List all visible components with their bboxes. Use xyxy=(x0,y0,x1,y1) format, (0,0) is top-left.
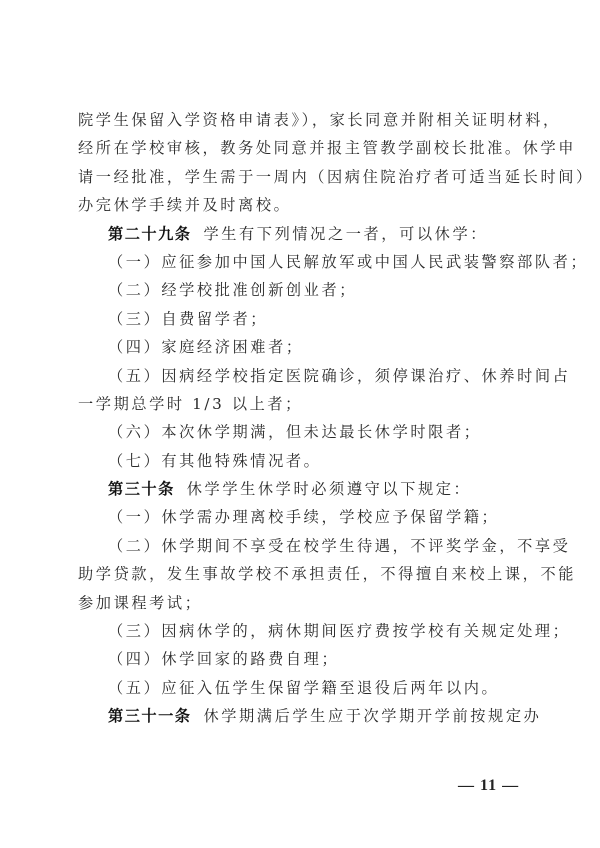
list-item: （二）经学校批准创新创业者； xyxy=(78,276,524,304)
article-31: 第三十一条休学期满后学生应于次学期开学前按规定办 xyxy=(78,702,524,730)
article-heading: 第二十九条 xyxy=(108,225,191,243)
article-heading: 第三十一条 xyxy=(108,707,191,725)
article-text: 学生有下列情况之一者，可以休学： xyxy=(203,225,488,243)
article-29: 第二十九条学生有下列情况之一者，可以休学： xyxy=(78,220,524,248)
list-item-continuation: 助学贷款，发生事故学校不承担责任，不得擅自来校上课，不能 xyxy=(78,560,524,588)
article-heading: 第三十条 xyxy=(108,480,175,498)
list-item: （三）因病休学的，病休期间医疗费按学校有关规定处理； xyxy=(78,617,524,645)
list-item: （三）自费留学者； xyxy=(78,305,524,333)
article-text: 休学学生休学时必须遵守以下规定： xyxy=(187,480,472,498)
list-item: （四）家庭经济困难者； xyxy=(78,333,524,361)
article-30: 第三十条休学学生休学时必须遵守以下规定： xyxy=(78,475,524,503)
list-item: （一）应征参加中国人民解放军或中国人民武装警察部队者； xyxy=(78,248,524,276)
text-line: 办完休学手续并及时离校。 xyxy=(78,191,524,219)
list-item: （七）有其他特殊情况者。 xyxy=(78,447,524,475)
page-number: — 11 — xyxy=(458,777,519,795)
list-item-continuation: 参加课程考试； xyxy=(78,589,524,617)
list-item: （五）因病经学校指定医院确诊，须停课治疗、休养时间占 xyxy=(78,362,524,390)
text-line: 经所在学校审核，教务处同意并报主管教学副校长批准。休学申 xyxy=(78,134,524,162)
list-item: （四）休学回家的路费自理； xyxy=(78,645,524,673)
text-line: 请一经批准，学生需于一周内（因病住院治疗者可适当延长时间） xyxy=(78,163,524,191)
list-item: （五）应征入伍学生保留学籍至退役后两年以内。 xyxy=(78,674,524,702)
list-item-continuation: 一学期总学时 1/3 以上者； xyxy=(78,390,524,418)
list-item: （六）本次休学期满，但未达最长休学时限者； xyxy=(78,418,524,446)
list-item: （一）休学需办理离校手续，学校应予保留学籍； xyxy=(78,503,524,531)
text-line: 院学生保留入学资格申请表》），家长同意并附相关证明材料， xyxy=(78,106,524,134)
document-page: 院学生保留入学资格申请表》），家长同意并附相关证明材料， 经所在学校审核，教务处… xyxy=(0,0,600,848)
list-item: （二）休学期间不享受在校学生待遇，不评奖学金，不享受 xyxy=(78,532,524,560)
body-text: 院学生保留入学资格申请表》），家长同意并附相关证明材料， 经所在学校审核，教务处… xyxy=(78,106,524,731)
article-text: 休学期满后学生应于次学期开学前按规定办 xyxy=(203,707,541,725)
